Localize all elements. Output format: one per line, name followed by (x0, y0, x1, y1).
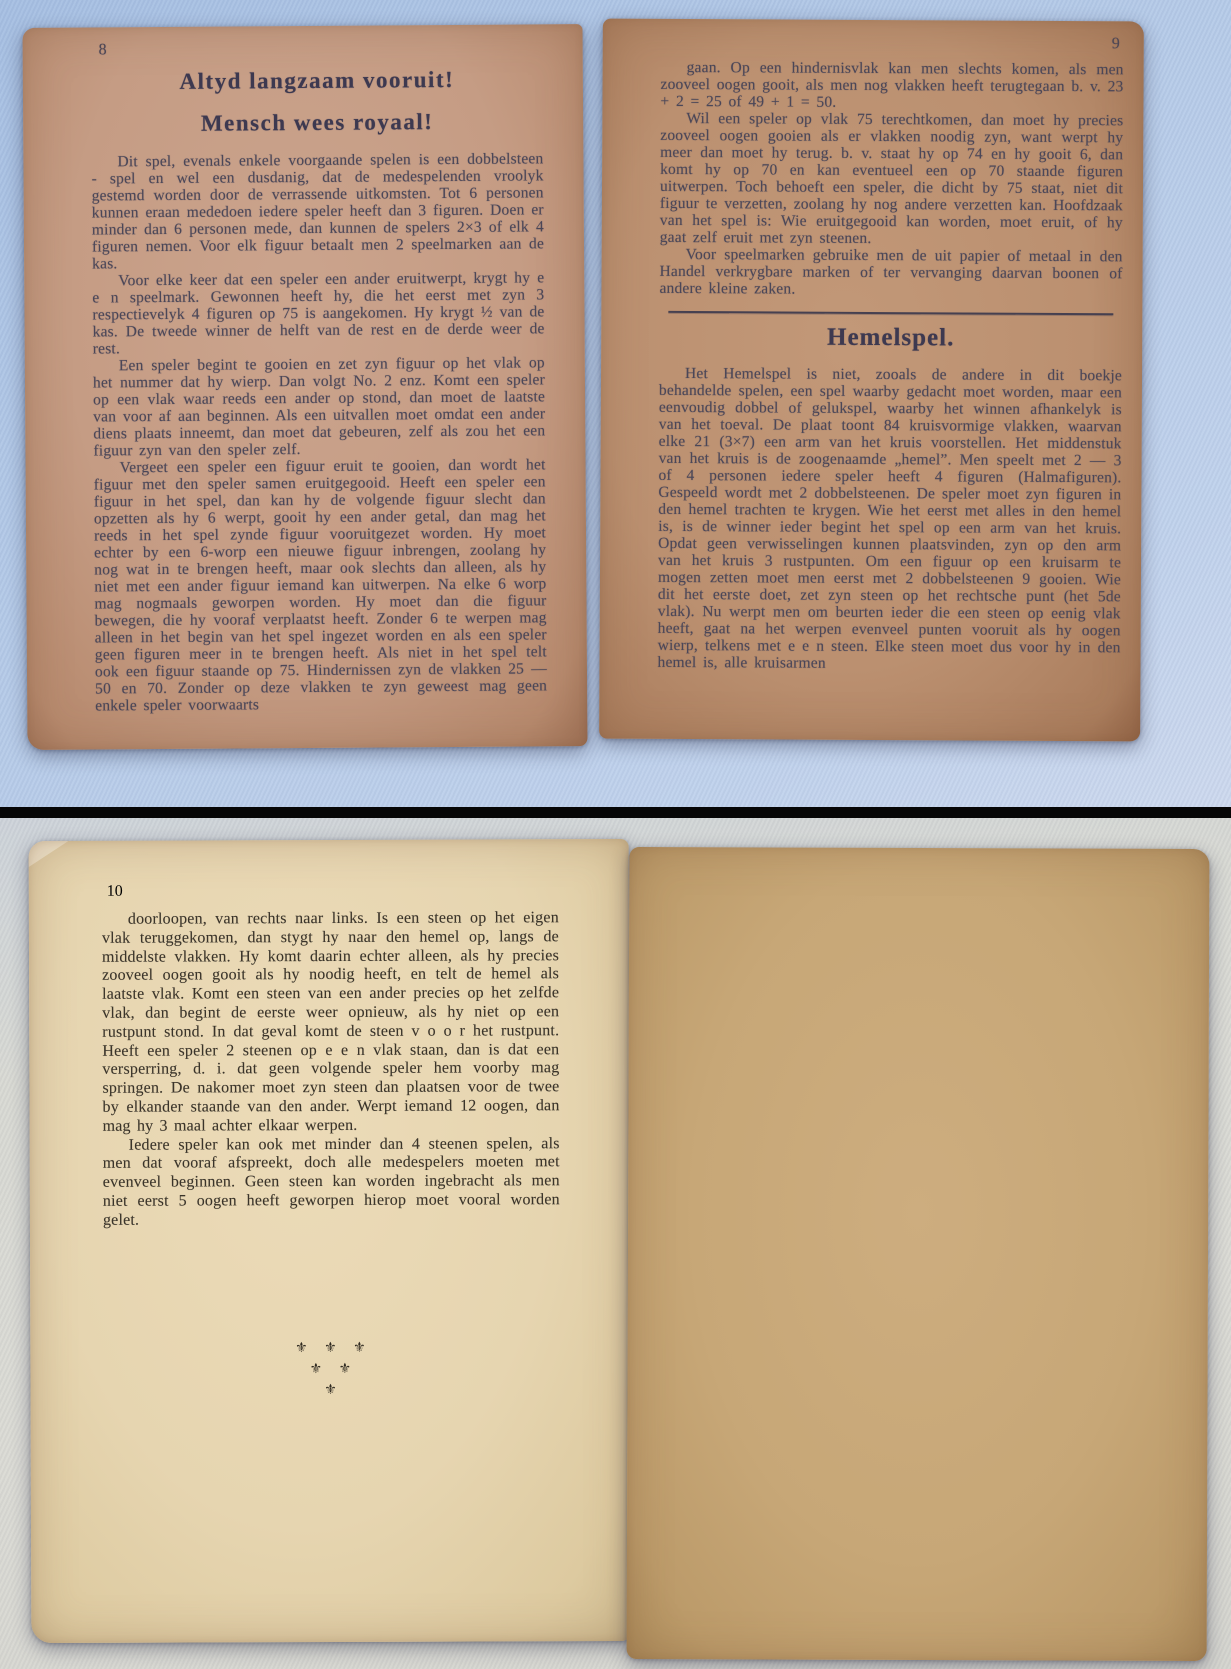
paragraph: Iedere speler kan ook met minder dan 4 s… (103, 1135, 560, 1231)
divider-bar (0, 807, 1231, 818)
section-heading: Hemelspel. (659, 323, 1122, 353)
page-8: 8 Altyd langzaam vooruit! Mensch wees ro… (22, 24, 587, 750)
page-9-content: gaan. Op een hindernisvlak kan men slech… (657, 59, 1123, 673)
page-number: 9 (1112, 35, 1120, 53)
photo-bottom-spread: 10 doorloopen, van rechts naar links. Is… (0, 818, 1231, 1669)
page-number: 10 (107, 883, 123, 901)
page-10-content: doorloopen, van rechts naar links. Is ee… (102, 909, 560, 1230)
page-number: 8 (99, 41, 107, 59)
page-9: 9 gaan. Op een hindernisvlak kan men sle… (599, 19, 1144, 742)
paragraph: gaan. Op een hindernisvlak kan men slech… (660, 59, 1123, 112)
fleur-de-lis-row: ⚜ (30, 1379, 630, 1402)
paragraph: Een speler begint te gooien en zet zyn f… (93, 354, 546, 459)
paragraph: Wil een speler op vlak 75 terechtkomen, … (660, 110, 1124, 248)
fleur-de-lis-ornament: ⚜ ⚜ ⚜ ⚜ ⚜ ⚜ (30, 1337, 630, 1402)
page-title-line1: Altyd langzaam vooruit! (91, 66, 543, 95)
paragraph: Voor speelmarken gebruike men de uit pap… (659, 246, 1122, 299)
page-10: 10 doorloopen, van rechts naar links. Is… (29, 839, 632, 1643)
dogear-corner (29, 841, 69, 867)
page-8-content: Altyd langzaam vooruit! Mensch wees roya… (91, 66, 547, 714)
photo-top-spread: 8 Altyd langzaam vooruit! Mensch wees ro… (0, 0, 1231, 807)
paragraph: Dit spel, evenals enkele voorgaande spel… (91, 150, 544, 272)
blank-facing-page (627, 847, 1210, 1661)
fleur-de-lis-row: ⚜ ⚜ (30, 1358, 630, 1381)
paragraph: Het Hemelspel is niet, zooals de andere … (657, 365, 1122, 673)
paragraph: doorloopen, van rechts naar links. Is ee… (102, 909, 560, 1136)
paragraph: Voor elke keer dat een speler een ander … (92, 269, 545, 357)
fleur-de-lis-row: ⚜ ⚜ ⚜ (30, 1337, 630, 1360)
page-title-line2: Mensch wees royaal! (91, 108, 543, 137)
paragraph: Vergeet een speler een figuur eruit te g… (94, 456, 548, 714)
section-divider (668, 311, 1113, 315)
